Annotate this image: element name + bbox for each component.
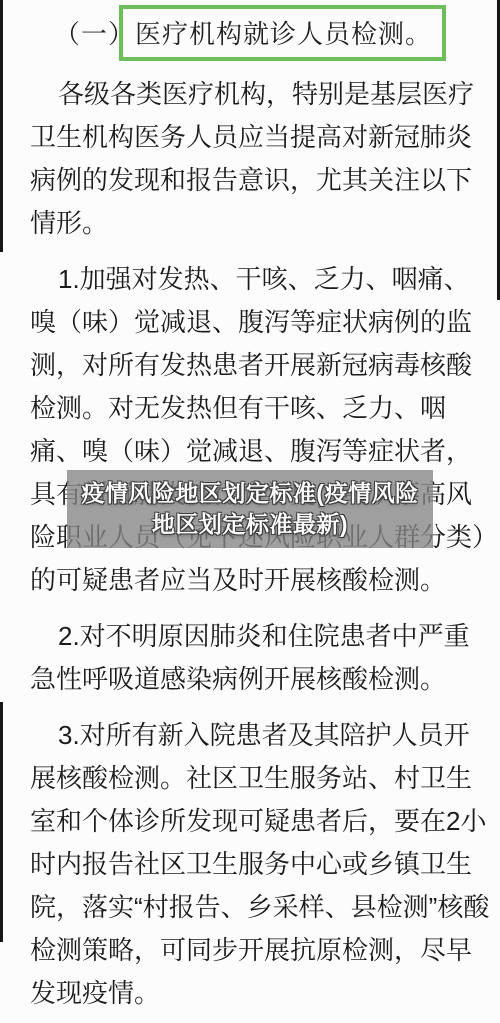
left-edge-artifact-bottom	[0, 702, 3, 942]
left-edge-artifact-top	[0, 0, 3, 252]
watermark-text: 疫情风险地区划定标准(疫情风险地区划定标准最新)	[79, 478, 421, 540]
paragraph-item-2: 2.对不明原因肺炎和住院患者中严重急性呼吸道感染病例开展核酸检测。	[30, 615, 492, 701]
paragraph-item-3: 3.对所有新入院患者及其陪护人员开展核酸检测。社区卫生服务站、村卫生室和个体诊所…	[30, 714, 492, 1015]
paragraph-intro: 各级各类医疗机构，特别是基层医疗卫生机构医务人员应当提高对新冠肺炎病例的发现和报…	[30, 73, 492, 245]
paragraph-item-1: 1.加强对发热、干咳、乏力、咽痛、嗅（味）觉减退、腹泻等症状病例的监测，对所有发…	[30, 258, 492, 602]
article-page: （一） 医疗机构就诊人员检测。 各级各类医疗机构，特别是基层医疗卫生机构医务人员…	[0, 0, 500, 1023]
section-title-highlight-box: 医疗机构就诊人员检测。	[119, 5, 446, 61]
watermark-overlay: 疫情风险地区划定标准(疫情风险地区划定标准最新)	[67, 470, 433, 548]
section-heading: （一） 医疗机构就诊人员检测。	[0, 0, 500, 60]
